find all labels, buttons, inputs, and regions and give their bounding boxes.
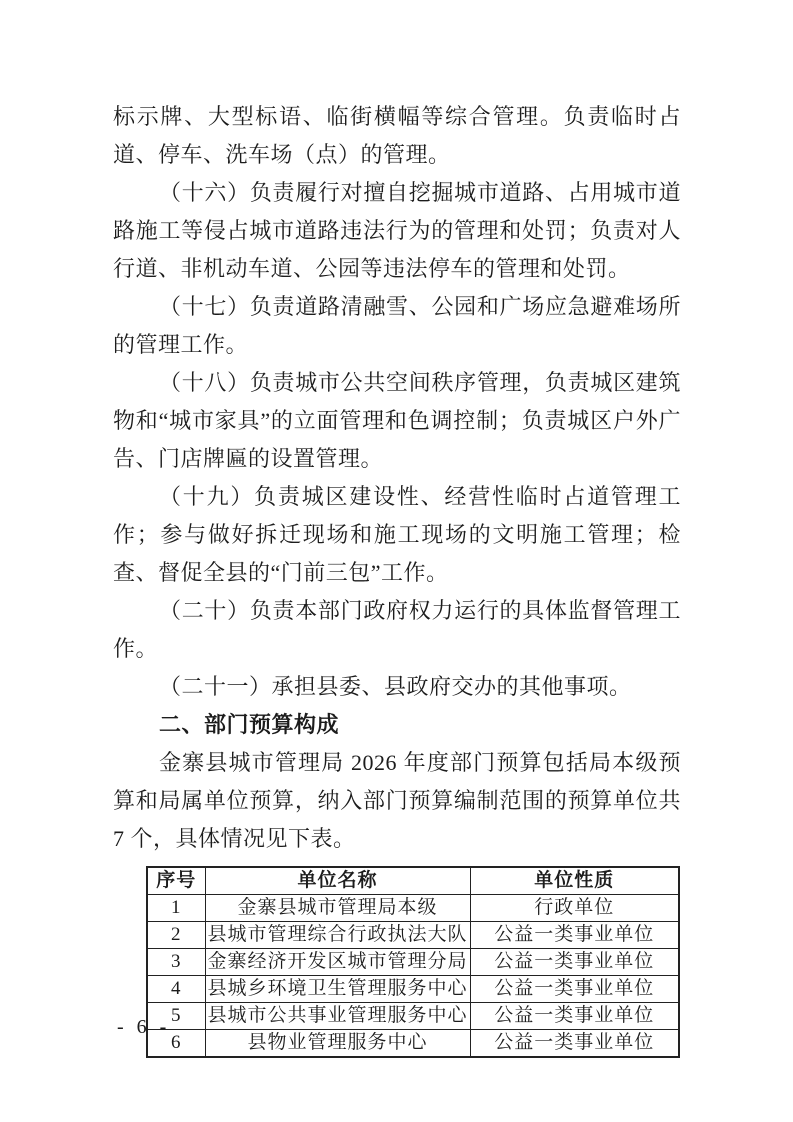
table-cell-index: 2 — [147, 922, 205, 949]
table-cell-unit-name: 金寨经济开发区城市管理分局 — [205, 949, 470, 976]
table-row: 6 县物业管理服务中心 公益一类事业单位 — [147, 1030, 679, 1058]
table-cell-unit-name: 县物业管理服务中心 — [205, 1030, 470, 1058]
paragraph-item-20: （二十）负责本部门政府权力运行的具体监督管理工作。 — [113, 592, 681, 668]
paragraph-continuation: 标示牌、大型标语、临街横幅等综合管理。负责临时占道、停车、洗车场（点）的管理。 — [113, 98, 681, 174]
table-cell-unit-type: 公益一类事业单位 — [470, 1030, 679, 1058]
paragraph-item-16: （十六）负责履行对擅自挖掘城市道路、占用城市道路施工等侵占城市道路违法行为的管理… — [113, 174, 681, 288]
budget-units-table: 序号 单位名称 单位性质 1 金寨县城市管理局本级 行政单位 2 县城市管理综合… — [146, 866, 680, 1058]
paragraph-item-19: （十九）负责城区建设性、经营性临时占道管理工作；参与做好拆迁现场和施工现场的文明… — [113, 478, 681, 592]
table-header-row: 序号 单位名称 单位性质 — [147, 867, 679, 895]
table-header-index: 序号 — [147, 867, 205, 895]
table-row: 2 县城市管理综合行政执法大队 公益一类事业单位 — [147, 922, 679, 949]
table-header-unit-name: 单位名称 — [205, 867, 470, 895]
section-heading-budget-composition: 二、部门预算构成 — [113, 706, 681, 744]
paragraph-budget-intro: 金寨县城市管理局 2026 年度部门预算包括局本级预算和局属单位预算，纳入部门预… — [113, 744, 681, 858]
table-cell-index: 3 — [147, 949, 205, 976]
paragraph-item-18: （十八）负责城市公共空间秩序管理，负责城区建筑物和“城市家具”的立面管理和色调控… — [113, 364, 681, 478]
table-cell-unit-name: 县城市管理综合行政执法大队 — [205, 922, 470, 949]
table-cell-index: 1 — [147, 895, 205, 922]
table-row: 5 县城市公共事业管理服务中心 公益一类事业单位 — [147, 1003, 679, 1030]
table-header-unit-type: 单位性质 — [470, 867, 679, 895]
table-row: 1 金寨县城市管理局本级 行政单位 — [147, 895, 679, 922]
document-body: 标示牌、大型标语、临街横幅等综合管理。负责临时占道、停车、洗车场（点）的管理。 … — [113, 98, 681, 1058]
table-cell-unit-type: 行政单位 — [470, 895, 679, 922]
table-cell-unit-type: 公益一类事业单位 — [470, 976, 679, 1003]
paragraph-item-21: （二十一）承担县委、县政府交办的其他事项。 — [113, 668, 681, 706]
table-row: 3 金寨经济开发区城市管理分局 公益一类事业单位 — [147, 949, 679, 976]
table-cell-unit-type: 公益一类事业单位 — [470, 922, 679, 949]
paragraph-item-17: （十七）负责道路清融雪、公园和广场应急避难场所的管理工作。 — [113, 288, 681, 364]
table-cell-index: 4 — [147, 976, 205, 1003]
table-cell-unit-type: 公益一类事业单位 — [470, 1003, 679, 1030]
document-page: 标示牌、大型标语、临街横幅等综合管理。负责临时占道、停车、洗车场（点）的管理。 … — [0, 0, 793, 1122]
table-cell-unit-name: 金寨县城市管理局本级 — [205, 895, 470, 922]
table-cell-unit-name: 县城乡环境卫生管理服务中心 — [205, 976, 470, 1003]
table-row: 4 县城乡环境卫生管理服务中心 公益一类事业单位 — [147, 976, 679, 1003]
page-number: - 6 - — [117, 1016, 170, 1039]
table-cell-unit-name: 县城市公共事业管理服务中心 — [205, 1003, 470, 1030]
table-cell-unit-type: 公益一类事业单位 — [470, 949, 679, 976]
